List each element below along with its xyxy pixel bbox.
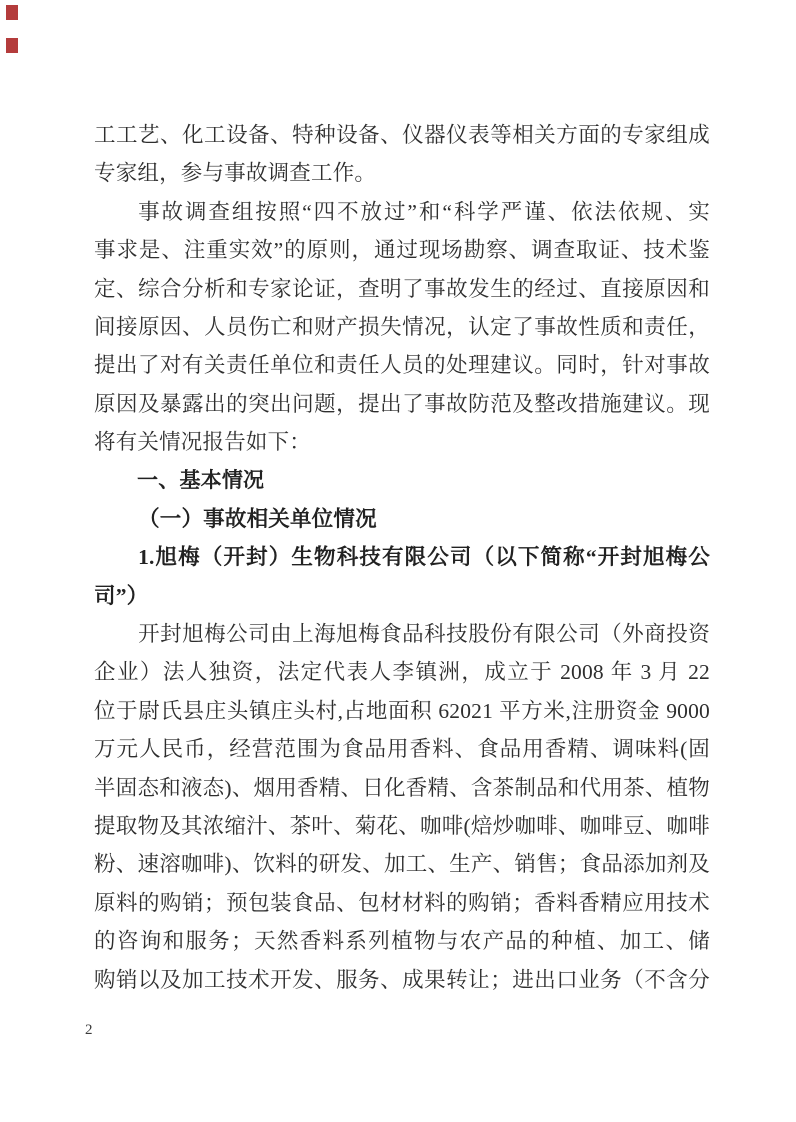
document-page: 工工艺、化工设备、特种设备、仪器仪表等相关方面的专家组成 专家组，参与事故调查工…: [0, 0, 796, 1122]
body-line: 事故调查组按照“四不放过”和“科学严谨、依法依规、实: [94, 193, 710, 231]
heading-subsection-units: （一）事故相关单位情况: [94, 500, 710, 538]
body-line: 事求是、注重实效”的原则，通过现场勘察、调查取证、技术鉴: [94, 231, 710, 269]
body-line: 定、综合分析和专家论证，查明了事故发生的经过、直接原因和: [94, 270, 710, 308]
body-line: 工工艺、化工设备、特种设备、仪器仪表等相关方面的专家组成: [94, 116, 710, 154]
body-line: 提取物及其浓缩汁、茶叶、菊花、咖啡(焙炒咖啡、咖啡豆、咖啡: [94, 807, 710, 845]
body-line: 原因及暴露出的突出问题，提出了事故防范及整改措施建议。现: [94, 385, 710, 423]
heading-section-basic-situation: 一、基本情况: [94, 462, 710, 500]
red-mark-icon: [6, 5, 18, 20]
body-line: 专家组，参与事故调查工作。: [94, 154, 710, 192]
body-line: 提出了对有关责任单位和责任人员的处理建议。同时，针对事故: [94, 346, 710, 384]
body-line: 间接原因、人员伤亡和财产损失情况，认定了事故性质和责任，: [94, 308, 710, 346]
red-mark-icon: [6, 38, 18, 53]
document-body: 工工艺、化工设备、特种设备、仪器仪表等相关方面的专家组成 专家组，参与事故调查工…: [94, 116, 710, 999]
body-line: 万元人民币，经营范围为食品用香料、食品用香精、调味料(固态、: [94, 730, 710, 768]
heading-company-name-cont: 司”）: [94, 577, 710, 615]
body-line: 将有关情况报告如下：: [94, 423, 710, 461]
heading-company-name: 1.旭梅（开封）生物科技有限公司（以下简称“开封旭梅公: [94, 538, 710, 576]
body-line: 开封旭梅公司由上海旭梅食品科技股份有限公司（外商投资: [94, 615, 710, 653]
body-line: 企业）法人独资，法定代表人李镇洲，成立于 2008 年 3 月 22 日，: [94, 653, 710, 691]
page-number: 2: [85, 1021, 93, 1039]
body-line: 的咨询和服务；天然香料系列植物与农产品的种植、加工、储存、: [94, 922, 710, 960]
body-line: 半固态和液态)、烟用香精、日化香精、含茶制品和代用茶、植物: [94, 769, 710, 807]
body-line: 原料的购销；预包装食品、包材材料的购销；香料香精应用技术: [94, 884, 710, 922]
body-line: 粉、速溶咖啡)、饮料的研发、加工、生产、销售；食品添加剂及: [94, 845, 710, 883]
body-line: 购销以及加工技术开发、服务、成果转让；进出口业务（不含分: [94, 961, 710, 999]
body-line: 位于尉氏县庄头镇庄头村,占地面积 62021 平方米,注册资金 9000: [94, 692, 710, 730]
